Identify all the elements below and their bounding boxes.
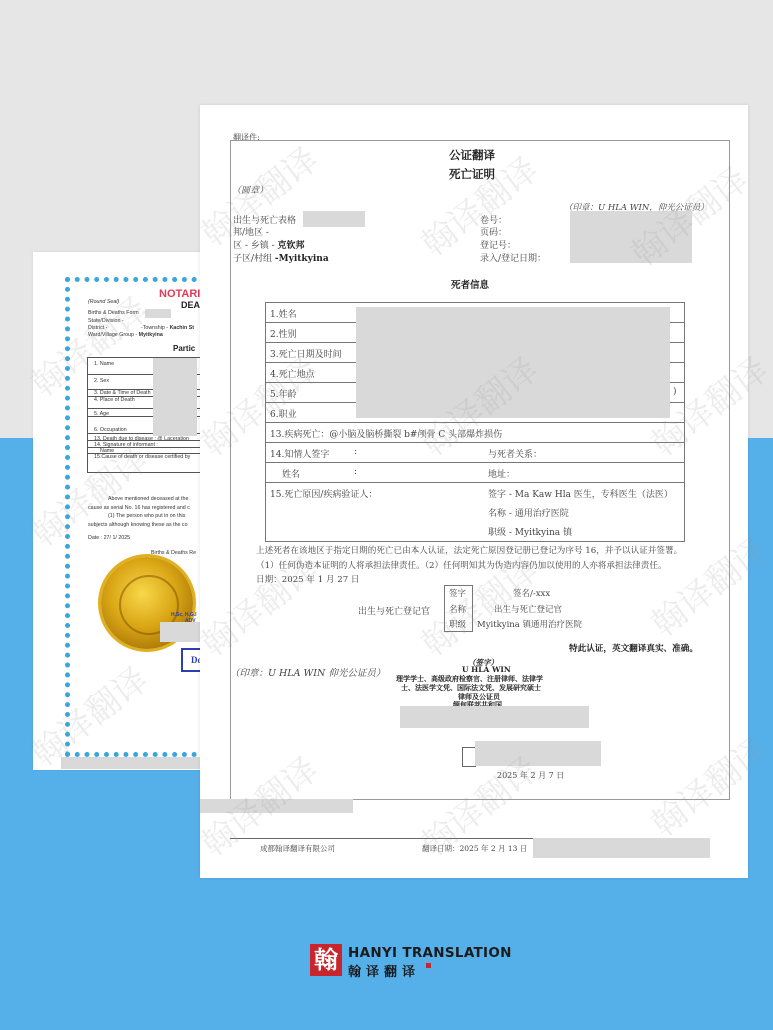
registrar-value-signature: 签名/-xxx — [513, 587, 550, 599]
redacted-footer-left — [200, 799, 353, 813]
registrar-value-position: Myitkyina 镇通用治疗医院 — [477, 618, 582, 630]
notary-stamp-note: （印章：U HLA WIN 仰光公证员） — [230, 665, 385, 679]
statement-line-1: 上述死者在该地区于指定日期的死亡已由本人认证，法定死亡原因登记册已登记为序号 1… — [256, 544, 682, 556]
footer-company: 成都翰译翻译有限公司 — [260, 843, 335, 854]
field-registration-date: 录入/登记日期： — [480, 251, 546, 264]
title-notarized-translation: 公证翻译 — [449, 147, 495, 163]
field-registration-number: 登记号： — [480, 238, 516, 251]
table-row-informant: 14.知情人签字:与死者关系： — [266, 443, 684, 463]
table-row-disease: 13.疾病死亡：@小脑及脑桥撕裂 b#颅骨 C 头部爆炸损伤 — [266, 423, 684, 443]
section-heading-deceased-info: 死者信息 — [451, 277, 489, 291]
form-label: Births & Deaths Form — [88, 310, 139, 316]
certification-statement: 特此认证，英文翻译真实、准确。 — [569, 642, 698, 654]
title-death-certificate: 死亡证明 — [449, 166, 495, 182]
notary-seal-box — [462, 747, 476, 767]
brand-name-en: HANYI TRANSLATION — [348, 945, 512, 961]
orig-registrar: Births & Deaths Re — [151, 550, 196, 556]
statement-line-2: （1）任何伪造本证明的人将承担法律责任。（2）任何明知其为伪造内容仍加以使用的人… — [256, 559, 667, 571]
brand-dot-icon — [426, 963, 431, 968]
registrar-key-name: 名称 — [449, 603, 466, 615]
district-label: District - — [88, 325, 107, 331]
redacted-form-number — [303, 211, 365, 227]
round-seal-label: （圆章） — [232, 183, 268, 196]
field-district: 区 - 乡镇 - 克钦邦 — [233, 238, 305, 251]
original-title: NOTARI — [159, 288, 200, 300]
redacted-particulars — [153, 358, 197, 436]
orig-paragraph-3: (1) The person who put in on this — [108, 513, 185, 519]
field-ward: 子区/村组 -Myitkyina — [233, 251, 329, 264]
orig-paragraph-4: subjects although knowing these as the c… — [88, 522, 188, 528]
translation-document: 翻译件: 公证翻译 死亡证明 （圆章） （印章：U HLA WIN，仰光公证员）… — [200, 105, 748, 878]
redacted-footer-right — [533, 838, 710, 858]
notary-name: U HLA WIN — [462, 665, 511, 674]
redacted-notary-info — [400, 706, 589, 728]
registrar-key-position: 职级 — [449, 618, 466, 630]
round-seal-label: (Round Seal) — [88, 299, 119, 305]
footer-translation-date: 翻译日期：2025 年 2 月 13 日 — [422, 843, 527, 854]
notary-date: 2025 年 2 月 7 日 — [497, 770, 564, 781]
table-row-informant-name: 姓名:地址： — [266, 463, 684, 483]
redacted-form-number — [145, 309, 171, 318]
ward: Ward/Village Group - Myitkyina — [88, 332, 163, 338]
brand-mark-icon: 翰 — [310, 944, 342, 976]
orig-date: Date : 27/ 1/ 2025 — [88, 535, 130, 541]
table-row-certifier: 15.死亡原因/疾病验证人： 签字 - Ma Kaw Hla 医生，专科医生（法… — [266, 483, 684, 541]
orig-paragraph-1: Above mentioned deceased at the — [108, 496, 188, 502]
redacted-deceased-details — [356, 307, 670, 418]
redacted-registration-info — [570, 211, 692, 263]
registrar-value-name: 出生与死亡登记官 — [494, 603, 562, 615]
statement-date: 日期：2025 年 1 月 27 日 — [256, 573, 360, 585]
field-page: 页码： — [480, 225, 507, 238]
redacted-notary-seal — [475, 741, 601, 766]
field-state: 邦/地区 - — [233, 225, 269, 238]
orig-paragraph-2: cause as serial No. 16 has registered an… — [88, 505, 190, 511]
township: -Township - Kachin St — [141, 325, 194, 331]
brand-name-cn: 翰译翻译 — [348, 961, 420, 980]
registrar-key-signature: 签字 — [449, 587, 466, 599]
registrar-title: 出生与死亡登记官 — [358, 604, 430, 617]
state-division: State/Division - — [88, 318, 124, 324]
original-subtitle: DEA — [181, 300, 200, 310]
particulars-heading: Partic — [173, 344, 195, 353]
